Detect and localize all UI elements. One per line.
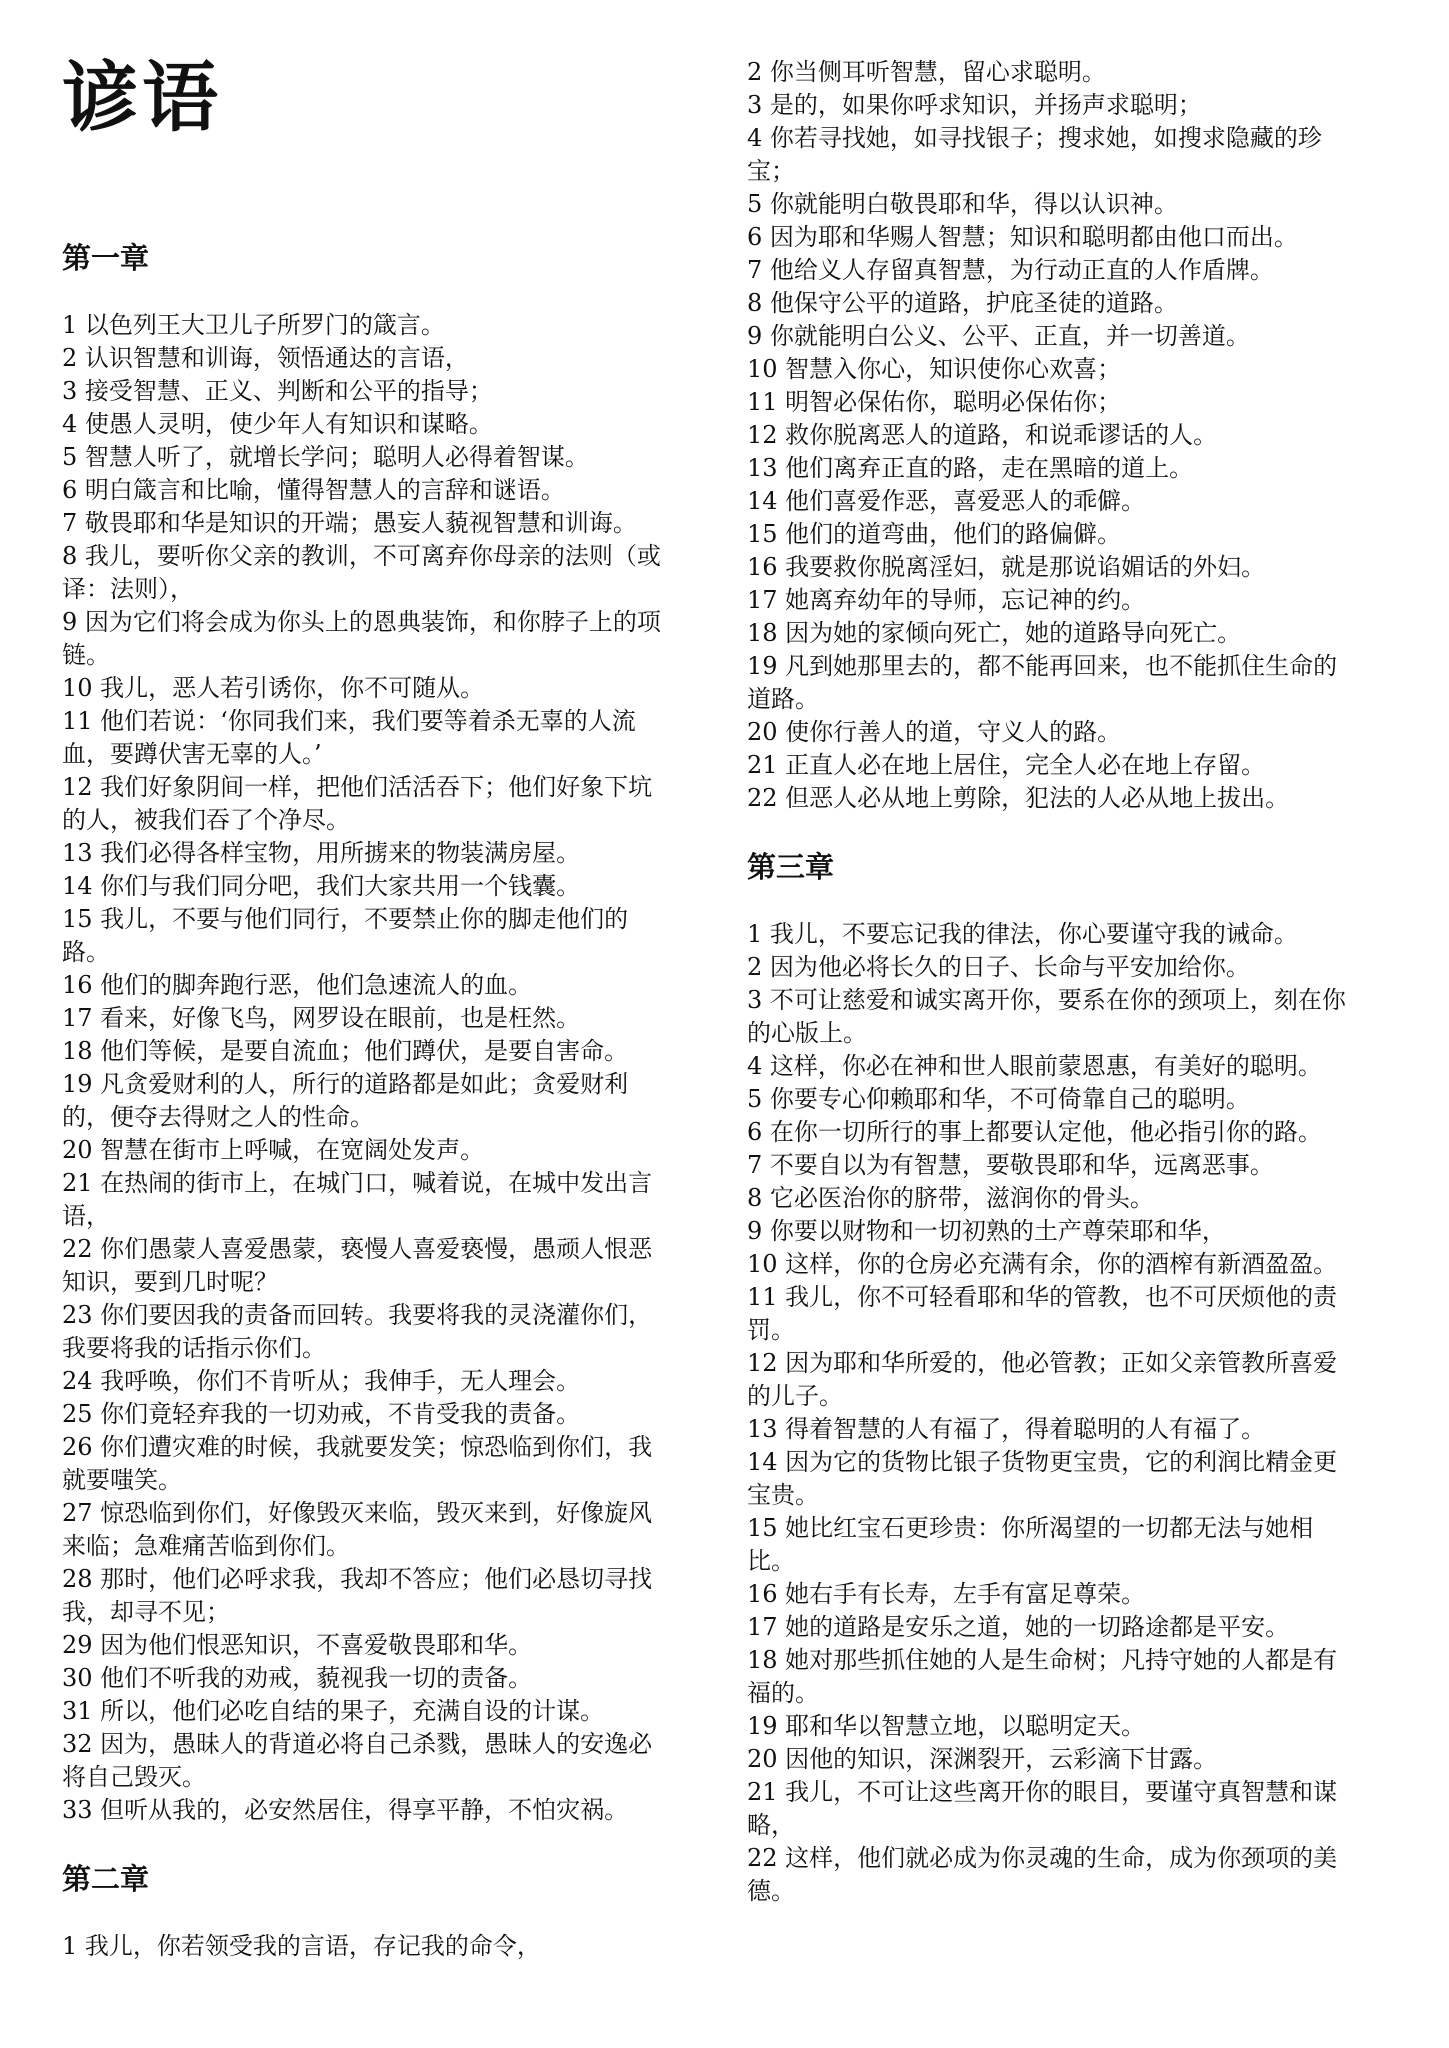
verse-line: 18 他们等候，是要自流血；他们蹲伏，是要自害命。: [62, 1035, 662, 1068]
verse-line: 5 智慧人听了，就增长学问；聪明人必得着智谋。: [62, 441, 662, 474]
verse-line: 1 我儿，你若领受我的言语，存记我的命令，: [62, 1930, 662, 1963]
verse-line: 19 耶和华以智慧立地，以聪明定天。: [747, 1710, 1347, 1743]
verse-line: 16 我要救你脱离淫妇，就是那说谄媚话的外妇。: [747, 551, 1347, 584]
verse-line: 22 这样，他们就必成为你灵魂的生命，成为你颈项的美德。: [747, 1842, 1347, 1908]
verse-line: 13 得着智慧的人有福了，得着聪明的人有福了。: [747, 1413, 1347, 1446]
verse-line: 6 明白箴言和比喻，懂得智慧人的言辞和谜语。: [62, 474, 662, 507]
verse-line: 8 他保守公平的道路，护庇圣徒的道路。: [747, 287, 1347, 320]
verse-line: 2 认识智慧和训诲，领悟通达的言语，: [62, 342, 662, 375]
chapter-heading: 第一章: [62, 242, 662, 275]
verse-line: 9 你就能明白公义、公平、正直，并一切善道。: [747, 320, 1347, 353]
verse-line: 7 不要自以为有智慧，要敬畏耶和华，远离恶事。: [747, 1149, 1347, 1182]
verse-line: 14 他们喜爱作恶，喜爱恶人的乖僻。: [747, 485, 1347, 518]
verse-line: 20 智慧在街市上呼喊，在宽阔处发声。: [62, 1134, 662, 1167]
verse-line: 1 以色列王大卫儿子所罗门的箴言。: [62, 309, 662, 342]
verse-line: 6 在你一切所行的事上都要认定他，他必指引你的路。: [747, 1116, 1347, 1149]
verse-line: 10 这样，你的仓房必充满有余，你的酒榨有新酒盈盈。: [747, 1248, 1347, 1281]
verse-line: 18 她对那些抓住她的人是生命树；凡持守她的人都是有福的。: [747, 1644, 1347, 1710]
verse-line: 33 但听从我的，必安然居住，得享平静，不怕灾祸。: [62, 1794, 662, 1827]
verse-line: 4 使愚人灵明，使少年人有知识和谋略。: [62, 408, 662, 441]
verse-line: 11 明智必保佑你，聪明必保佑你；: [747, 386, 1347, 419]
verse-line: 21 在热闹的街市上，在城门口，喊着说，在城中发出言语，: [62, 1167, 662, 1233]
verse-line: 10 智慧入你心，知识使你心欢喜；: [747, 353, 1347, 386]
verse-line: 7 敬畏耶和华是知识的开端；愚妄人藐视智慧和训诲。: [62, 507, 662, 540]
verse-line: 12 救你脱离恶人的道路，和说乖谬话的人。: [747, 419, 1347, 452]
verse-line: 19 凡贪爱财利的人，所行的道路都是如此；贪爱财利的，便夺去得财之人的性命。: [62, 1068, 662, 1134]
verse-line: 28 那时，他们必呼求我，我却不答应；他们必恳切寻找我，却寻不见；: [62, 1563, 662, 1629]
verse-line: 17 她离弃幼年的导师，忘记神的约。: [747, 584, 1347, 617]
verse-line: 24 我呼唤，你们不肯听从；我伸手，无人理会。: [62, 1365, 662, 1398]
verse-line: 4 这样，你必在神和世人眼前蒙恩惠，有美好的聪明。: [747, 1050, 1347, 1083]
verse-line: 15 她比红宝石更珍贵：你所渴望的一切都无法与她相比。: [747, 1512, 1347, 1578]
verse-line: 20 因他的知识，深渊裂开，云彩滴下甘露。: [747, 1743, 1347, 1776]
verse-line: 1 我儿，不要忘记我的律法，你心要谨守我的诫命。: [747, 918, 1347, 951]
verse-line: 15 他们的道弯曲，他们的路偏僻。: [747, 518, 1347, 551]
verse-line: 3 是的，如果你呼求知识，并扬声求聪明；: [747, 89, 1347, 122]
verse-line: 10 我儿，恶人若引诱你，你不可随从。: [62, 672, 662, 705]
verse-line: 8 我儿，要听你父亲的教训，不可离弃你母亲的法则（或译：法则），: [62, 540, 662, 606]
verse-line: 11 我儿，你不可轻看耶和华的管教，也不可厌烦他的责罚。: [747, 1281, 1347, 1347]
verse-line: 3 不可让慈爱和诚实离开你，要系在你的颈项上，刻在你的心版上。: [747, 984, 1347, 1050]
verse-line: 6 因为耶和华赐人智慧；知识和聪明都由他口而出。: [747, 221, 1347, 254]
chapter-heading: 第二章: [62, 1863, 662, 1896]
verse-line: 26 你们遭灾难的时候，我就要发笑；惊恐临到你们，我就要嗤笑。: [62, 1431, 662, 1497]
verse-line: 25 你们竟轻弃我的一切劝戒，不肯受我的责备。: [62, 1398, 662, 1431]
verse-line: 19 凡到她那里去的，都不能再回来，也不能抓住生命的道路。: [747, 650, 1347, 716]
verse-line: 13 他们离弃正直的路，走在黑暗的道上。: [747, 452, 1347, 485]
column-right: 2 你当侧耳听智慧，留心求聪明。3 是的，如果你呼求知识，并扬声求聪明；4 你若…: [747, 56, 1347, 2048]
verse-line: 30 他们不听我的劝戒，藐视我一切的责备。: [62, 1662, 662, 1695]
verse-line: 4 你若寻找她，如寻找银子；搜求她，如搜求隐藏的珍宝；: [747, 122, 1347, 188]
verse-line: 9 因为它们将会成为你头上的恩典装饰，和你脖子上的项链。: [62, 606, 662, 672]
verse-line: 21 我儿，不可让这些离开你的眼目，要谨守真智慧和谋略，: [747, 1776, 1347, 1842]
verse-line: 16 他们的脚奔跑行恶，他们急速流人的血。: [62, 969, 662, 1002]
verse-line: 16 她右手有长寿，左手有富足尊荣。: [747, 1578, 1347, 1611]
document-page: 谚语第一章1 以色列王大卫儿子所罗门的箴言。2 认识智慧和训诲，领悟通达的言语，…: [0, 0, 1449, 2048]
verse-line: 21 正直人必在地上居住，完全人必在地上存留。: [747, 749, 1347, 782]
verse-line: 18 因为她的家倾向死亡，她的道路导向死亡。: [747, 617, 1347, 650]
verse-line: 17 她的道路是安乐之道，她的一切路途都是平安。: [747, 1611, 1347, 1644]
verse-line: 22 你们愚蒙人喜爱愚蒙，亵慢人喜爱亵慢，愚顽人恨恶知识，要到几时呢？: [62, 1233, 662, 1299]
verse-line: 22 但恶人必从地上剪除，犯法的人必从地上拔出。: [747, 782, 1347, 815]
verse-line: 14 你们与我们同分吧，我们大家共用一个钱囊。: [62, 870, 662, 903]
verse-line: 17 看来，好像飞鸟，网罗设在眼前，也是枉然。: [62, 1002, 662, 1035]
verse-line: 3 接受智慧、正义、判断和公平的指导；: [62, 375, 662, 408]
verse-line: 13 我们必得各样宝物，用所掳来的物装满房屋。: [62, 837, 662, 870]
verse-line: 11 他们若说：‘你同我们来，我们要等着杀无辜的人流血，要蹲伏害无辜的人。’: [62, 705, 662, 771]
verse-line: 31 所以，他们必吃自结的果子，充满自设的计谋。: [62, 1695, 662, 1728]
verse-line: 12 因为耶和华所爱的，他必管教；正如父亲管教所喜爱的儿子。: [747, 1347, 1347, 1413]
verse-line: 29 因为他们恨恶知识，不喜爱敬畏耶和华。: [62, 1629, 662, 1662]
verse-line: 8 它必医治你的脐带，滋润你的骨头。: [747, 1182, 1347, 1215]
verse-line: 27 惊恐临到你们，好像毁灭来临，毁灭来到，好像旋风来临；急难痛苦临到你们。: [62, 1497, 662, 1563]
verse-line: 5 你要专心仰赖耶和华，不可倚靠自己的聪明。: [747, 1083, 1347, 1116]
chapter-heading: 第三章: [747, 851, 1347, 884]
verse-line: 20 使你行善人的道，守义人的路。: [747, 716, 1347, 749]
verse-line: 5 你就能明白敬畏耶和华，得以认识神。: [747, 188, 1347, 221]
verse-line: 9 你要以财物和一切初熟的土产尊荣耶和华，: [747, 1215, 1347, 1248]
verse-line: 2 因为他必将长久的日子、长命与平安加给你。: [747, 951, 1347, 984]
document-title: 谚语: [62, 56, 662, 140]
verse-line: 23 你们要因我的责备而回转。我要将我的灵浇灌你们，我要将我的话指示你们。: [62, 1299, 662, 1365]
verse-line: 12 我们好象阴间一样，把他们活活吞下；他们好象下坑的人，被我们吞了个净尽。: [62, 771, 662, 837]
column-left: 谚语第一章1 以色列王大卫儿子所罗门的箴言。2 认识智慧和训诲，领悟通达的言语，…: [62, 56, 662, 2048]
verse-line: 32 因为，愚昧人的背道必将自己杀戮，愚昧人的安逸必将自己毁灭。: [62, 1728, 662, 1794]
verse-line: 14 因为它的货物比银子货物更宝贵，它的利润比精金更宝贵。: [747, 1446, 1347, 1512]
verse-line: 15 我儿，不要与他们同行，不要禁止你的脚走他们的路。: [62, 903, 662, 969]
verse-line: 2 你当侧耳听智慧，留心求聪明。: [747, 56, 1347, 89]
verse-line: 7 他给义人存留真智慧，为行动正直的人作盾牌。: [747, 254, 1347, 287]
